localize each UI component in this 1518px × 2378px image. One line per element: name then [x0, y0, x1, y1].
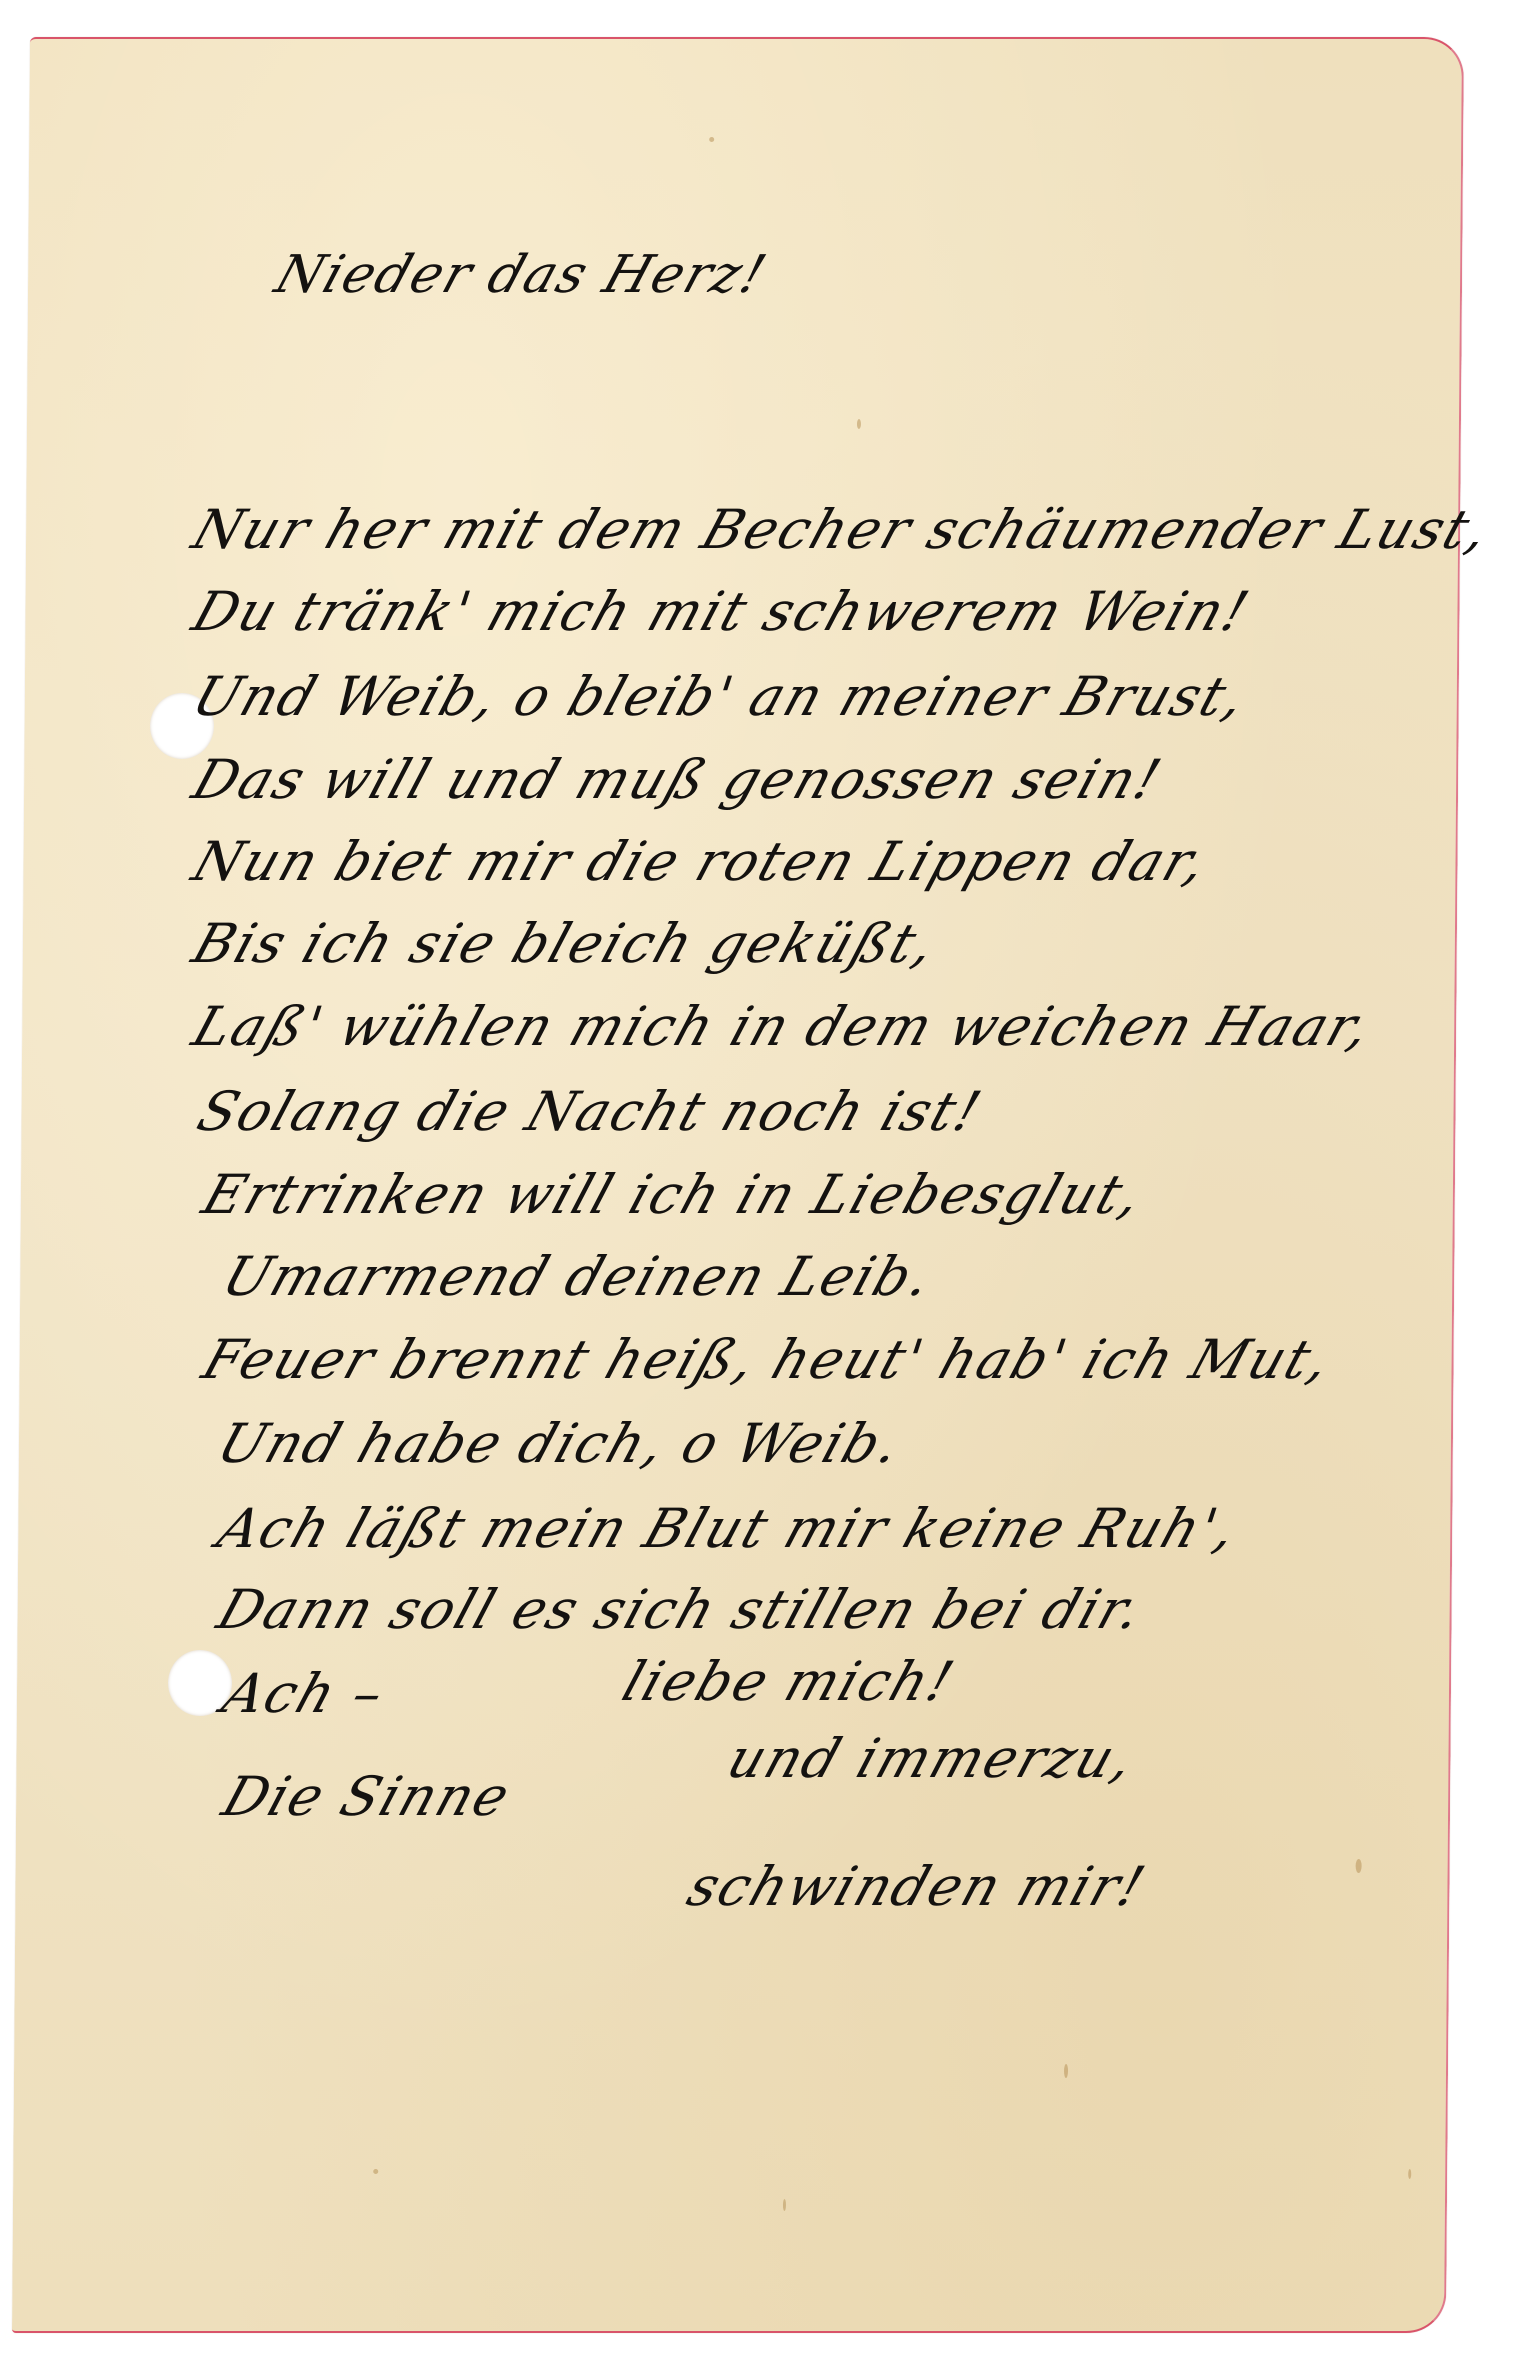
poem-line-1: Nur her mit dem Becher schäumender Lust,: [185, 498, 1498, 561]
poem-line-17: Die Sinne: [215, 1765, 519, 1828]
poem-line-14: Dann soll es sich stillen bei dir.: [210, 1578, 1152, 1641]
poem-line-11: Feuer brennt heiß, heut' hab' ich Mut,: [195, 1328, 1340, 1391]
poem-line-16: liebe mich!: [615, 1650, 963, 1713]
poem-line-19: schwinden mir!: [680, 1855, 1154, 1918]
poem-line-10: Umarmend deinen Leib.: [215, 1245, 941, 1308]
poem-line-12: Und habe dich, o Weib.: [210, 1412, 910, 1475]
poem-line-18: und immerzu,: [720, 1727, 1144, 1790]
paper-speck: [783, 2199, 786, 2211]
poem-line-7: Laß' wühlen mich in dem weichen Haar,: [185, 995, 1380, 1058]
poem-line-6: Bis ich sie bleich geküßt,: [185, 912, 945, 975]
poem-title: Nieder das Herz!: [268, 245, 775, 305]
paper-speck: [373, 2169, 378, 2174]
poem-line-4: Das will und muß genossen sein!: [185, 748, 1170, 811]
paper-speck: [857, 419, 861, 429]
paper-speck: [709, 137, 714, 142]
paper-speck: [1408, 2169, 1411, 2179]
poem-line-3: Und Weib, o bleib' an meiner Brust,: [185, 665, 1255, 728]
paper-speck: [1356, 1859, 1362, 1873]
poem-line-2: Du tränk' mich mit schwerem Wein!: [185, 580, 1258, 643]
poem-line-13: Ach läßt mein Blut mir keine Ruh',: [210, 1497, 1247, 1560]
poem-line-5: Nun biet mir die roten Lippen dar,: [185, 830, 1216, 893]
poem-line-9: Ertrinken will ich in Liebesglut,: [195, 1163, 1152, 1226]
poem-line-8: Solang die Nacht noch ist!: [190, 1080, 990, 1143]
poem-line-15: Ach –: [215, 1662, 394, 1725]
paper-speck: [1064, 2064, 1068, 2078]
